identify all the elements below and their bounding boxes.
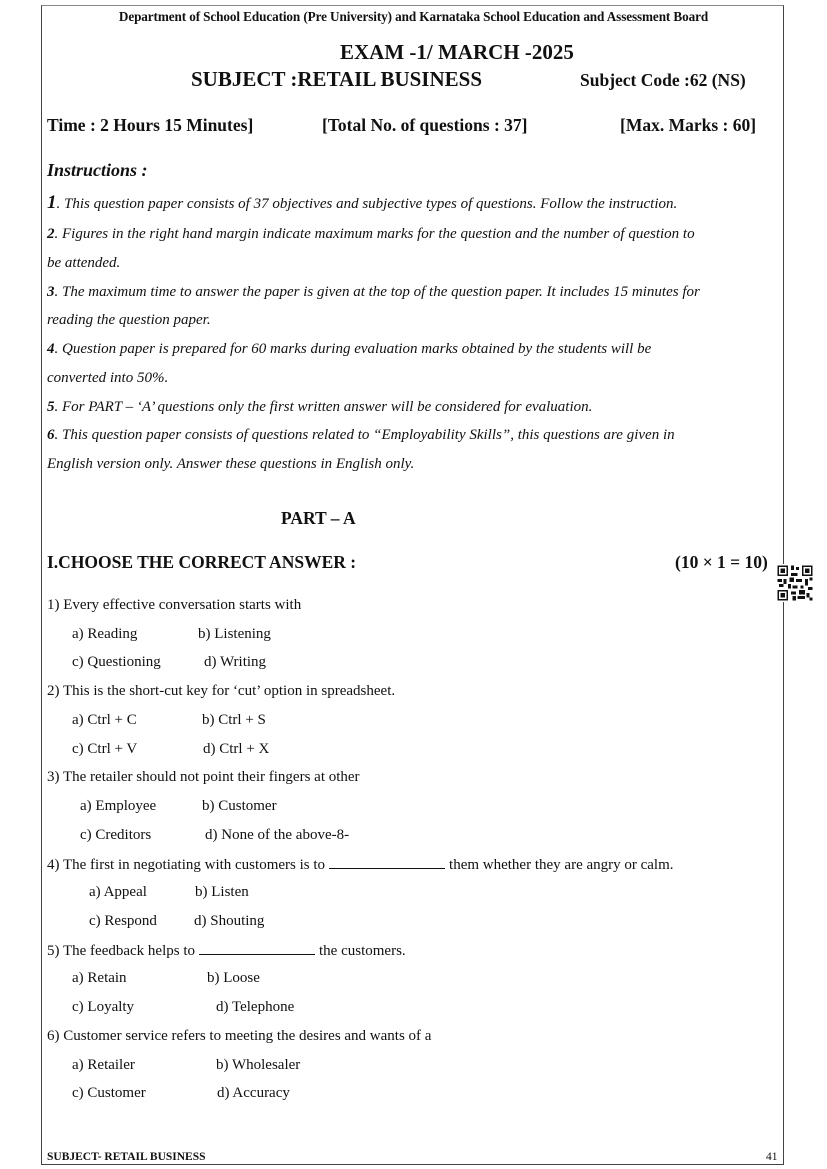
instruction-text: . Figures in the right hand margin indic… [55,226,695,242]
instruction-text: . For PART – ‘A’ questions only the firs… [55,399,593,415]
option-d: d) Telephone [216,999,294,1016]
part-heading: PART – A [281,508,356,529]
instruction-2-cont: be attended. [47,255,120,272]
option-a: a) Appeal [89,884,147,901]
question-text: the customers. [319,943,406,959]
instruction-number: 6 [47,427,55,443]
option-c: c) Ctrl + V [72,741,137,758]
page-number: 41 [766,1151,778,1163]
qr-code-icon [776,564,814,602]
option-b: b) Loose [207,970,260,987]
instruction-text: . Question paper is prepared for 60 mark… [55,341,652,357]
instruction-4: 4. Question paper is prepared for 60 mar… [47,341,651,358]
instruction-number: 5 [47,399,55,415]
total-questions: [Total No. of questions : 37] [322,115,527,136]
instruction-4-cont: converted into 50%. [47,370,168,387]
question-1: 1) Every effective conversation starts w… [47,597,301,614]
instruction-number: 2 [47,226,55,242]
question-5: 5) The feedback helps tothe customers. [47,942,406,960]
instruction-number: 1 [47,192,57,213]
option-c: c) Questioning [72,654,161,671]
option-d: d) Shouting [194,913,264,930]
option-a: a) Ctrl + C [72,712,137,729]
instruction-text: . This question paper consists of questi… [55,427,675,443]
max-marks: [Max. Marks : 60] [620,115,756,136]
instruction-number: 3 [47,284,55,300]
subject-code: Subject Code :62 (NS) [580,70,746,91]
question-text: them whether they are angry or calm. [449,857,674,873]
instruction-number: 4 [47,341,55,357]
option-a: a) Retailer [72,1057,135,1074]
instructions-heading: Instructions : [47,160,148,181]
instruction-text: . The maximum time to answer the paper i… [55,284,700,300]
instruction-3-cont: reading the question paper. [47,312,211,329]
instruction-2: 2. Figures in the right hand margin indi… [47,226,695,243]
instruction-3: 3. The maximum time to answer the paper … [47,284,700,301]
option-a: a) Retain [72,970,127,987]
option-c: c) Loyalty [72,999,134,1016]
option-c: c) Customer [72,1085,146,1102]
answer-blank [199,942,315,955]
option-c: c) Respond [89,913,157,930]
department-header: Department of School Education (Pre Univ… [0,9,827,25]
question-6: 6) Customer service refers to meeting th… [47,1028,431,1045]
option-a: a) Reading [72,626,137,643]
option-d: d) Ctrl + X [203,741,269,758]
subject-title: SUBJECT :RETAIL BUSINESS [191,67,482,92]
instruction-6: 6. This question paper consists of quest… [47,427,675,444]
instruction-1: 1. This question paper consists of 37 ob… [47,192,677,214]
section-marks: (10 × 1 = 10) [675,552,768,573]
section-title: I.CHOOSE THE CORRECT ANSWER : [47,552,356,573]
option-b: b) Listening [198,626,271,643]
instruction-text: . This question paper consists of 37 obj… [57,196,678,212]
question-3: 3) The retailer should not point their f… [47,769,360,786]
question-text: 4) The first in negotiating with custome… [47,857,325,873]
footer-subject: SUBJECT- RETAIL BUSINESS [47,1151,206,1163]
page-border [41,5,784,1165]
option-b: b) Customer [202,798,277,815]
instruction-5: 5. For PART – ‘A’ questions only the fir… [47,399,592,416]
time-info: Time : 2 Hours 15 Minutes] [47,115,253,136]
option-d: d) Accuracy [217,1085,290,1102]
option-b: b) Ctrl + S [202,712,266,729]
option-a: a) Employee [80,798,156,815]
instruction-6-cont: English version only. Answer these quest… [47,456,414,473]
question-text: 5) The feedback helps to [47,943,195,959]
question-4: 4) The first in negotiating with custome… [47,856,674,874]
answer-blank [329,856,445,869]
option-b: b) Wholesaler [216,1057,300,1074]
option-c: c) Creditors [80,827,151,844]
option-d: d) Writing [204,654,266,671]
option-d: d) None of the above-8- [205,827,349,844]
option-b: b) Listen [195,884,249,901]
exam-title: EXAM -1/ MARCH -2025 [340,40,574,65]
question-2: 2) This is the short-cut key for ‘cut’ o… [47,683,395,700]
